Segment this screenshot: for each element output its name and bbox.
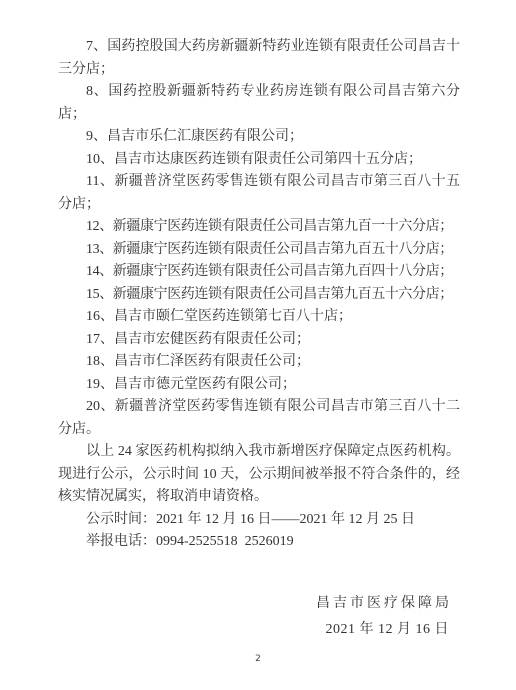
list-item-18: 18、昌吉市仁泽医药有限责任公司；	[58, 351, 460, 374]
signature-date: 2021 年 12 月 16 日	[58, 618, 449, 641]
list-item-20: 20、新疆普济堂医药零售连锁有限公司昌吉市第三百八十二分店。	[58, 396, 460, 441]
closing-paragraph: 以上 24 家医药机构拟纳入我市新增医疗保障定点医药机构。现进行公示，公示时间 …	[58, 441, 460, 509]
list-item-19: 19、昌吉市德元堂医药有限公司；	[58, 374, 460, 397]
list-item-7: 7、国药控股国大药房新疆新特药业连锁有限责任公司昌吉十三分店；	[58, 36, 460, 81]
list-item-8: 8、国药控股新疆新特药专业药房连锁有限公司昌吉第六分店；	[58, 81, 460, 126]
list-item-13: 13、新疆康宁医药连锁有限责任公司昌吉第九百五十八分店；	[58, 239, 460, 262]
document-page: 7、国药控股国大药房新疆新特药业连锁有限责任公司昌吉十三分店； 8、国药控股新疆…	[0, 0, 516, 690]
list-item-16: 16、昌吉市颐仁堂医药连锁第七百八十店；	[58, 306, 460, 329]
list-item-11: 11、新疆普济堂医药零售连锁有限公司昌吉市第三百八十五分店；	[58, 171, 460, 216]
signature-block: 昌吉市医疗保障局 2021 年 12 月 16 日	[58, 592, 460, 641]
report-phone-line: 举报电话：0994-2525518 2526019	[58, 531, 460, 554]
list-item-17: 17、昌吉市宏健医药有限责任公司；	[58, 329, 460, 352]
list-item-12: 12、新疆康宁医药连锁有限责任公司昌吉第九百一十六分店；	[58, 216, 460, 239]
page-number: 2	[0, 654, 516, 664]
list-item-15: 15、新疆康宁医药连锁有限责任公司昌吉第九百五十六分店；	[58, 284, 460, 307]
signature-organization: 昌吉市医疗保障局	[58, 592, 452, 615]
list-item-10: 10、昌吉市达康医药连锁有限责任公司第四十五分店；	[58, 149, 460, 172]
publicity-period-line: 公示时间：2021 年 12 月 16 日——2021 年 12 月 25 日	[58, 509, 460, 532]
list-item-14: 14、新疆康宁医药连锁有限责任公司昌吉第九百四十八分店；	[58, 261, 460, 284]
list-item-9: 9、昌吉市乐仁汇康医药有限公司；	[58, 126, 460, 149]
